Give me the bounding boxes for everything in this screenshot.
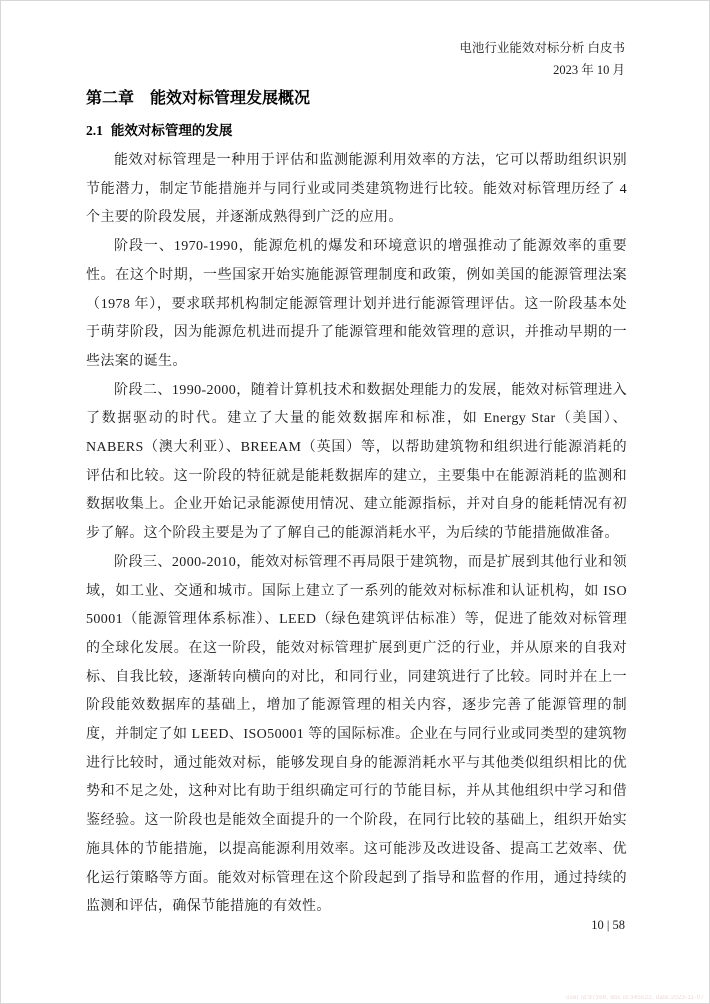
paragraph-stage-1: 阶段一、1970-1990，能源危机的爆发和环境意识的增强推动了能源效率的重要性… (86, 233, 627, 377)
paragraph-stage-3: 阶段三、2000-2010，能效对标管理不再局限于建筑物，而是扩展到其他行业和领… (86, 549, 627, 922)
header-doc-date: 2023 年 10 月 (459, 59, 625, 81)
section-heading: 2.1能效对标管理的发展 (86, 119, 232, 139)
body-text: 能效对标管理是一种用于评估和监测能源利用效率的方法，它可以帮助组织识别节能潜力，… (86, 147, 627, 922)
document-header: 电池行业能效对标分析 白皮书 2023 年 10 月 (459, 37, 625, 81)
page-number: 10 | 58 (591, 918, 625, 933)
header-doc-title: 电池行业能效对标分析 白皮书 (459, 37, 625, 59)
paragraph-intro: 能效对标管理是一种用于评估和监测能源利用效率的方法，它可以帮助组织识别节能潜力，… (86, 147, 627, 233)
chapter-number: 第二章 (86, 90, 134, 107)
section-title-text: 能效对标管理的发展 (111, 123, 233, 138)
watermark: user id:97168, doc id:345522, date:2023-… (566, 995, 704, 1001)
document-page: 电池行业能效对标分析 白皮书 2023 年 10 月 第二章能效对标管理发展概况… (0, 0, 710, 1004)
paragraph-stage-2: 阶段二、1990-2000，随着计算机技术和数据处理能力的发展，能效对标管理进入… (86, 377, 627, 549)
section-number: 2.1 (86, 123, 103, 138)
chapter-title-text: 能效对标管理发展概况 (150, 90, 310, 107)
chapter-title: 第二章能效对标管理发展概况 (86, 85, 310, 108)
